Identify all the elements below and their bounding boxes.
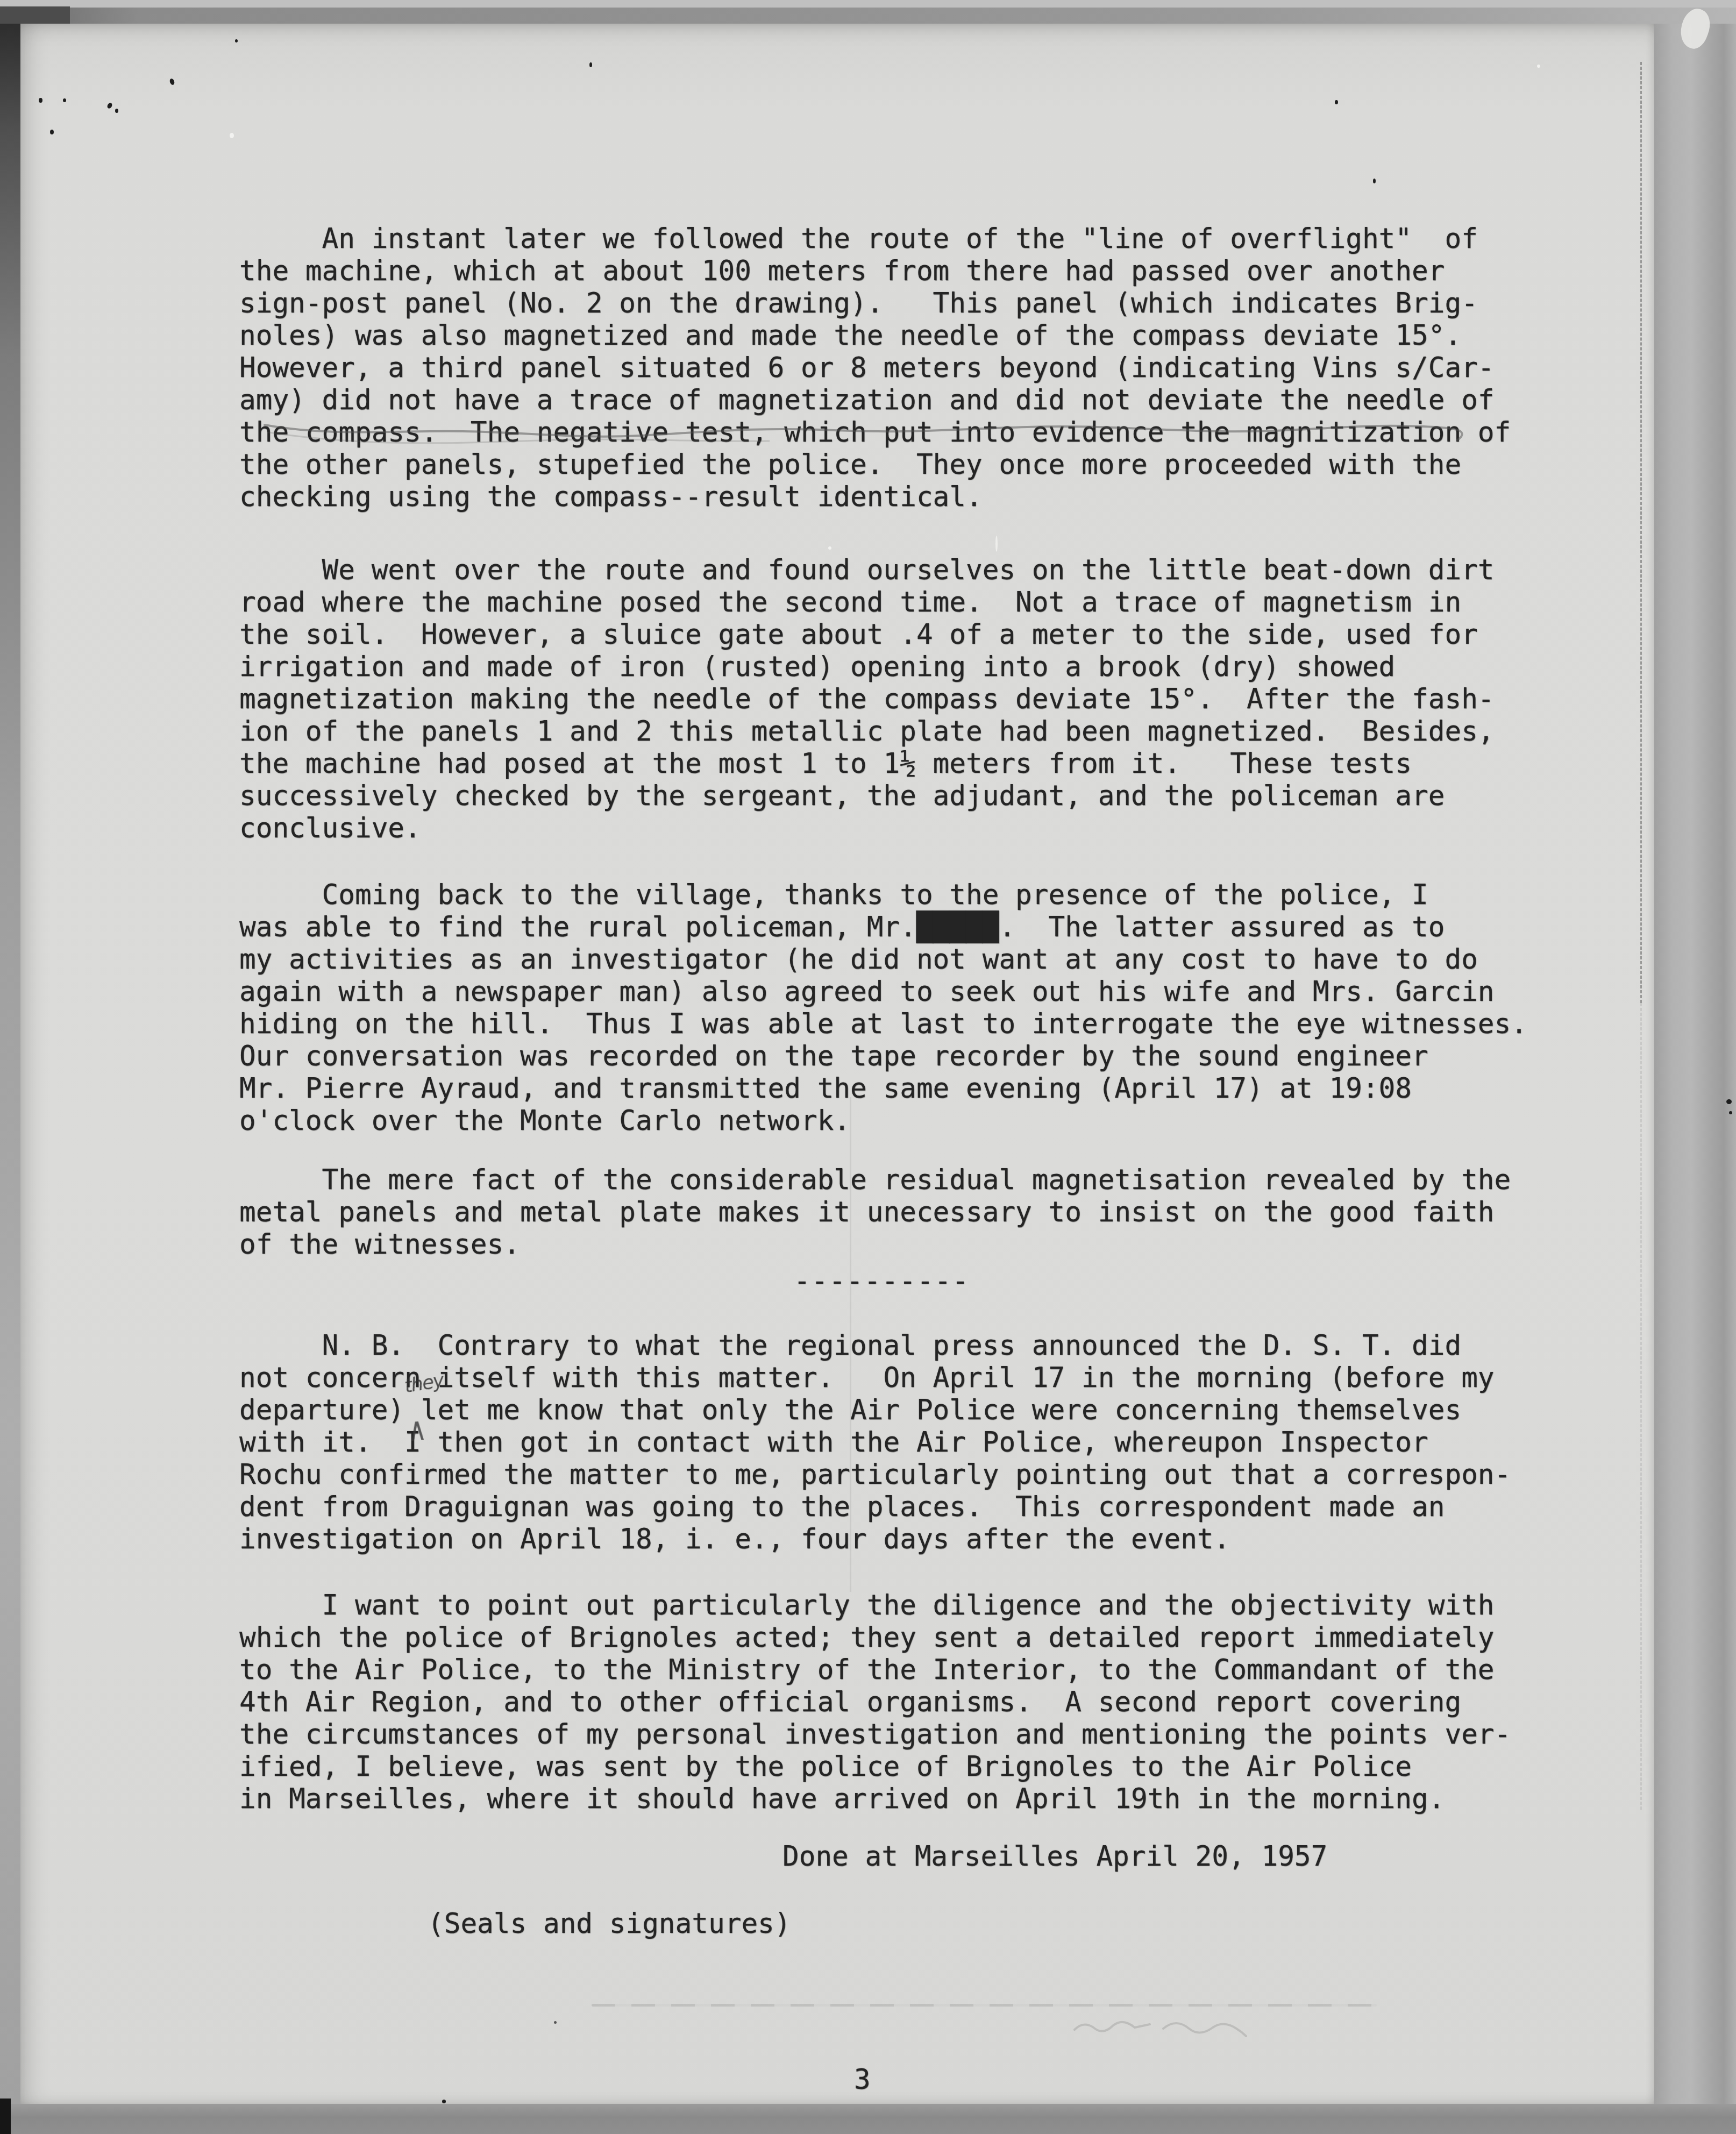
text-line: Our conversation was recorded on the tap…	[239, 1041, 1527, 1073]
dust-speck	[1373, 179, 1376, 183]
seals-note: (Seals and signatures)	[428, 1908, 791, 1940]
text-line: We went over the route and found ourselv…	[239, 554, 1495, 587]
dust-speck	[589, 62, 592, 67]
dust-speck	[554, 2021, 557, 2024]
text-line: checking using the compass--result ident…	[239, 481, 1511, 514]
scan-shadow-band-top	[0, 8, 1736, 26]
text-line: again with a newspaper man) also agreed …	[239, 976, 1527, 1008]
paragraph: I want to point out particularly the dil…	[239, 1590, 1511, 1816]
paragraph: The mere fact of the considerable residu…	[239, 1164, 1511, 1261]
text-line: noles) was also magnetized and made the …	[239, 320, 1511, 352]
section-separator: ----------	[794, 1265, 970, 1298]
text-line: with it. I then got in contact with the …	[239, 1427, 1511, 1459]
document-scan: { "document": { "paragraphs": [ {"lines"…	[0, 0, 1736, 2134]
white-speck	[1537, 65, 1540, 68]
text-line: conclusive.	[239, 813, 1495, 845]
dust-speck	[1729, 1111, 1732, 1114]
faint-scribble	[1069, 2012, 1273, 2045]
text-line: the circumstances of my personal investi…	[239, 1719, 1511, 1751]
text-line: departure) let me know that only the Air…	[239, 1395, 1511, 1427]
text-line: dent from Draguignan was going to the pl…	[239, 1491, 1511, 1524]
text-line: my activities as an investigator (he did…	[239, 944, 1527, 976]
text-line: o'clock over the Monte Carlo network.	[239, 1105, 1527, 1137]
text-line: ified, I believe, was sent by the police…	[239, 1751, 1511, 1783]
text-line: Mr. Pierre Ayraud, and transmitted the s…	[239, 1073, 1527, 1105]
text-line: Rochu confirmed the matter to me, partic…	[239, 1459, 1511, 1491]
text-line: magnetization making the needle of the c…	[239, 684, 1495, 716]
paragraph: We went over the route and found ourselv…	[239, 554, 1495, 845]
dust-speck	[235, 39, 238, 42]
text-line: successively checked by the sergeant, th…	[239, 780, 1495, 813]
pencil-underline	[231, 409, 1479, 446]
text-line: the soil. However, a sluice gate about .…	[239, 619, 1495, 651]
dust-speck	[1726, 1099, 1732, 1104]
text-line: hiding on the hill. Thus I was able at l…	[239, 1008, 1527, 1041]
text-line: in Marseilles, where it should have arri…	[239, 1783, 1511, 1816]
text-line: the machine, which at about 100 meters f…	[239, 255, 1511, 288]
text-line: 4th Air Region, and to other official or…	[239, 1687, 1511, 1719]
text-line: I want to point out particularly the dil…	[239, 1590, 1511, 1622]
dust-speck	[50, 130, 54, 134]
text-line-with-redaction: was able to find the rural policeman, Mr…	[239, 912, 1527, 944]
text-line: road where the machine posed the second …	[239, 587, 1495, 619]
separator-dashes: ----------	[794, 1265, 970, 1298]
text-line: N. B. Contrary to what the regional pres…	[239, 1330, 1511, 1362]
dust-speck	[39, 98, 42, 103]
text-line: which the police of Brignoles acted; the…	[239, 1622, 1511, 1654]
paragraph-nota-bene: N. B. Contrary to what the regional pres…	[239, 1330, 1511, 1556]
insertion-caret-mark: ∧	[407, 1410, 428, 1449]
scan-edge-right	[1654, 24, 1736, 2105]
pencil-smudge	[592, 2004, 1377, 2007]
scan-edge-bottom	[0, 2104, 1736, 2134]
binding-dashed-line-faint	[1640, 1003, 1642, 1810]
white-speck	[995, 536, 998, 552]
text-line: to the Air Police, to the Ministry of th…	[239, 1654, 1511, 1687]
text-line: the other panels, stupefied the police. …	[239, 449, 1511, 481]
scan-edge-left	[0, 24, 20, 2105]
page-number: 3	[854, 2064, 871, 2096]
binding-dashed-line	[1640, 62, 1642, 1003]
text-line: Done at Marseilles April 20, 1957	[782, 1841, 1327, 1873]
dust-speck	[115, 109, 118, 113]
text-line: the machine had posed at the most 1 to 1…	[239, 748, 1495, 780]
scan-corner-black-sliver	[0, 2099, 11, 2134]
text-line: investigation on April 18, i. e., four d…	[239, 1524, 1511, 1556]
text-line: ion of the panels 1 and 2 this metallic …	[239, 716, 1495, 748]
text-line: An instant later we followed the route o…	[239, 223, 1511, 255]
text-line: However, a third panel situated 6 or 8 m…	[239, 352, 1511, 385]
text-line: (Seals and signatures)	[428, 1908, 791, 1940]
text-line: The mere fact of the considerable residu…	[239, 1164, 1511, 1197]
paragraph: Coming back to the village, thanks to th…	[239, 879, 1527, 1137]
text-line: sign-post panel (No. 2 on the drawing). …	[239, 288, 1511, 320]
text-line: of the witnesses.	[239, 1229, 1511, 1261]
text-line: irrigation and made of iron (rusted) ope…	[239, 651, 1495, 684]
white-speck	[230, 133, 234, 138]
closing-dateline: Done at Marseilles April 20, 1957	[782, 1841, 1327, 1873]
dust-speck	[63, 98, 66, 102]
dust-speck	[1335, 100, 1338, 104]
dust-speck	[442, 2100, 446, 2103]
text-line: metal panels and metal plate makes it un…	[239, 1197, 1511, 1229]
text-line: Coming back to the village, thanks to th…	[239, 879, 1527, 912]
paragraph: An instant later we followed the route o…	[239, 223, 1511, 514]
white-speck	[828, 546, 831, 550]
